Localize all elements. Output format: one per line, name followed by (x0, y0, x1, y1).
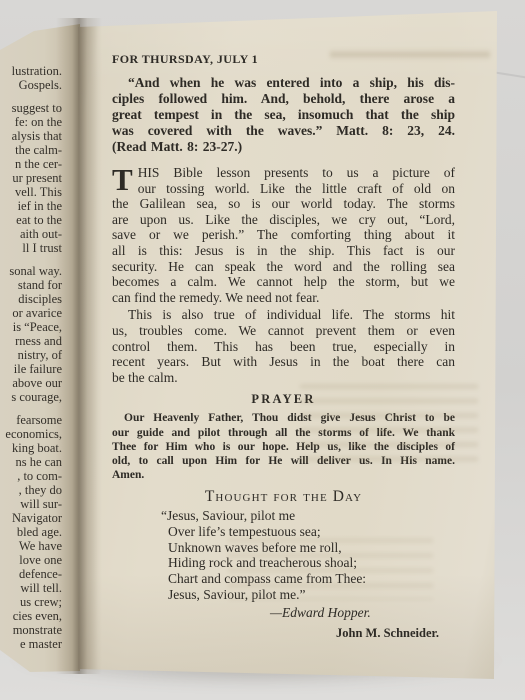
scripture-line: great tempest in the sea, insomuch that … (112, 107, 455, 123)
facing-page-line: ur present (0, 171, 62, 185)
facing-page-line: will sur- (0, 497, 62, 511)
facing-page-line: ll I trust (0, 241, 62, 255)
facing-page-line: alysis that (0, 129, 62, 143)
lesson-line: be the calm. (112, 370, 455, 386)
facing-page-line: stand for (0, 278, 62, 292)
lesson-line: control them. This has been true, especi… (112, 339, 455, 355)
facing-page-line: sonal way. (0, 264, 62, 278)
lesson-line: our tossing world. Like the little craft… (112, 181, 455, 197)
facing-page-line: us crew; (0, 595, 62, 609)
lesson-line: the Galilean sea, so is our world today.… (112, 196, 455, 212)
facing-page-line (0, 92, 62, 101)
book-page: FOR THURSDAY, JULY 1 “And when he was en… (78, 0, 502, 700)
author-byline: John M. Schneider. (336, 626, 455, 641)
facing-page-line: vell. This (0, 185, 62, 199)
lesson-line: becomes a calm. We cannot help the storm… (112, 274, 455, 290)
facing-page-line: , to com- (0, 469, 62, 483)
facing-page-line: defence- (0, 567, 62, 581)
book-spine-gutter (56, 18, 102, 674)
scripture-line: ciples followed him. And, behold, there … (112, 91, 455, 107)
facing-page-line: nistry, of (0, 348, 62, 362)
facing-page-line: e master (0, 637, 62, 651)
facing-page-line: above our (0, 376, 62, 390)
lesson-line: us, troubles come. We cannot prevent the… (112, 323, 455, 339)
facing-page-line: will tell. (0, 581, 62, 595)
lesson-line: security. He can speak the word and the … (112, 259, 455, 275)
facing-page-line: is “Peace, (0, 320, 62, 334)
facing-page-line: monstrate (0, 623, 62, 637)
lesson-line: HIS Bible lesson presents to us a pictur… (112, 165, 455, 181)
scripture-quote: “And when he was entered into a ship, hi… (112, 75, 455, 155)
facing-page-line: king boat. (0, 441, 62, 455)
facing-page-line: fe: on the (0, 115, 62, 129)
lesson-paragraph-1-lines: HIS Bible lesson presents to us a pictur… (112, 165, 455, 305)
facing-page-line: suggest to (0, 101, 62, 115)
scripture-line: “And when he was entered into a ship, hi… (112, 75, 455, 91)
lesson-paragraph-1: T HIS Bible lesson presents to us a pict… (112, 165, 455, 305)
facing-page-line: Gospels. (0, 78, 62, 92)
facing-page-line: ile failure (0, 362, 62, 376)
facing-page-line: cies even, (0, 609, 62, 623)
facing-page-text: lustration.Gospels.suggest tofe: on thea… (0, 64, 62, 651)
facing-page-line: eat to the (0, 213, 62, 227)
facing-page-line (0, 255, 62, 264)
show-through-smudge (330, 48, 490, 61)
facing-page-line (0, 404, 62, 413)
facing-page-line: n the cer- (0, 157, 62, 171)
lesson-paragraph-2: This is also true of individual life. Th… (112, 307, 455, 385)
lesson-line: all is this: Jesus is in the ship. This … (112, 243, 455, 259)
lesson-line: can find the remedy. We need not fear. (112, 290, 455, 306)
facing-page-line: or avarice (0, 306, 62, 320)
facing-page-line: ns he can (0, 455, 62, 469)
facing-page-line: ief in the (0, 199, 62, 213)
backdrop-crease (494, 71, 525, 78)
scripture-line: (Read Matt. 8: 23-27.) (112, 139, 455, 155)
show-through-smudge (228, 538, 433, 600)
lesson-line: are upon us. Like the disciples, we cry … (112, 212, 455, 228)
show-through-smudge (300, 384, 478, 462)
facing-page-line: fearsome (0, 413, 62, 427)
facing-page-line: Navigator (0, 511, 62, 525)
lesson-line: This is also true of individual life. Th… (112, 307, 455, 323)
facing-page-line: disciples (0, 292, 62, 306)
lesson-line: recent years. But with Jesus in the boat… (112, 354, 455, 370)
facing-page-line: We have (0, 539, 62, 553)
facing-page-line: bled age. (0, 525, 62, 539)
facing-page-line: economics, (0, 427, 62, 441)
facing-page-line: s courage, (0, 390, 62, 404)
poem-line: “Jesus, Saviour, pilot me (161, 508, 455, 524)
facing-page-line: , they do (0, 483, 62, 497)
facing-page-line: rness and (0, 334, 62, 348)
scripture-line: was covered with the waves.” Matt. 8: 23… (112, 123, 455, 139)
facing-page-line: aith out- (0, 227, 62, 241)
facing-page-line: lustration. (0, 64, 62, 78)
prayer-line: Amen. (112, 468, 455, 482)
poem-attribution: —Edward Hopper. (270, 605, 455, 621)
book-photo: lustration.Gospels.suggest tofe: on thea… (0, 0, 525, 700)
facing-page-line: love one (0, 553, 62, 567)
lesson-line: save or we perish.” The comforting thing… (112, 227, 455, 243)
drop-cap: T (112, 165, 138, 194)
facing-page-line: the calm- (0, 143, 62, 157)
thought-for-the-day-heading: Thought for the Day (112, 488, 455, 505)
